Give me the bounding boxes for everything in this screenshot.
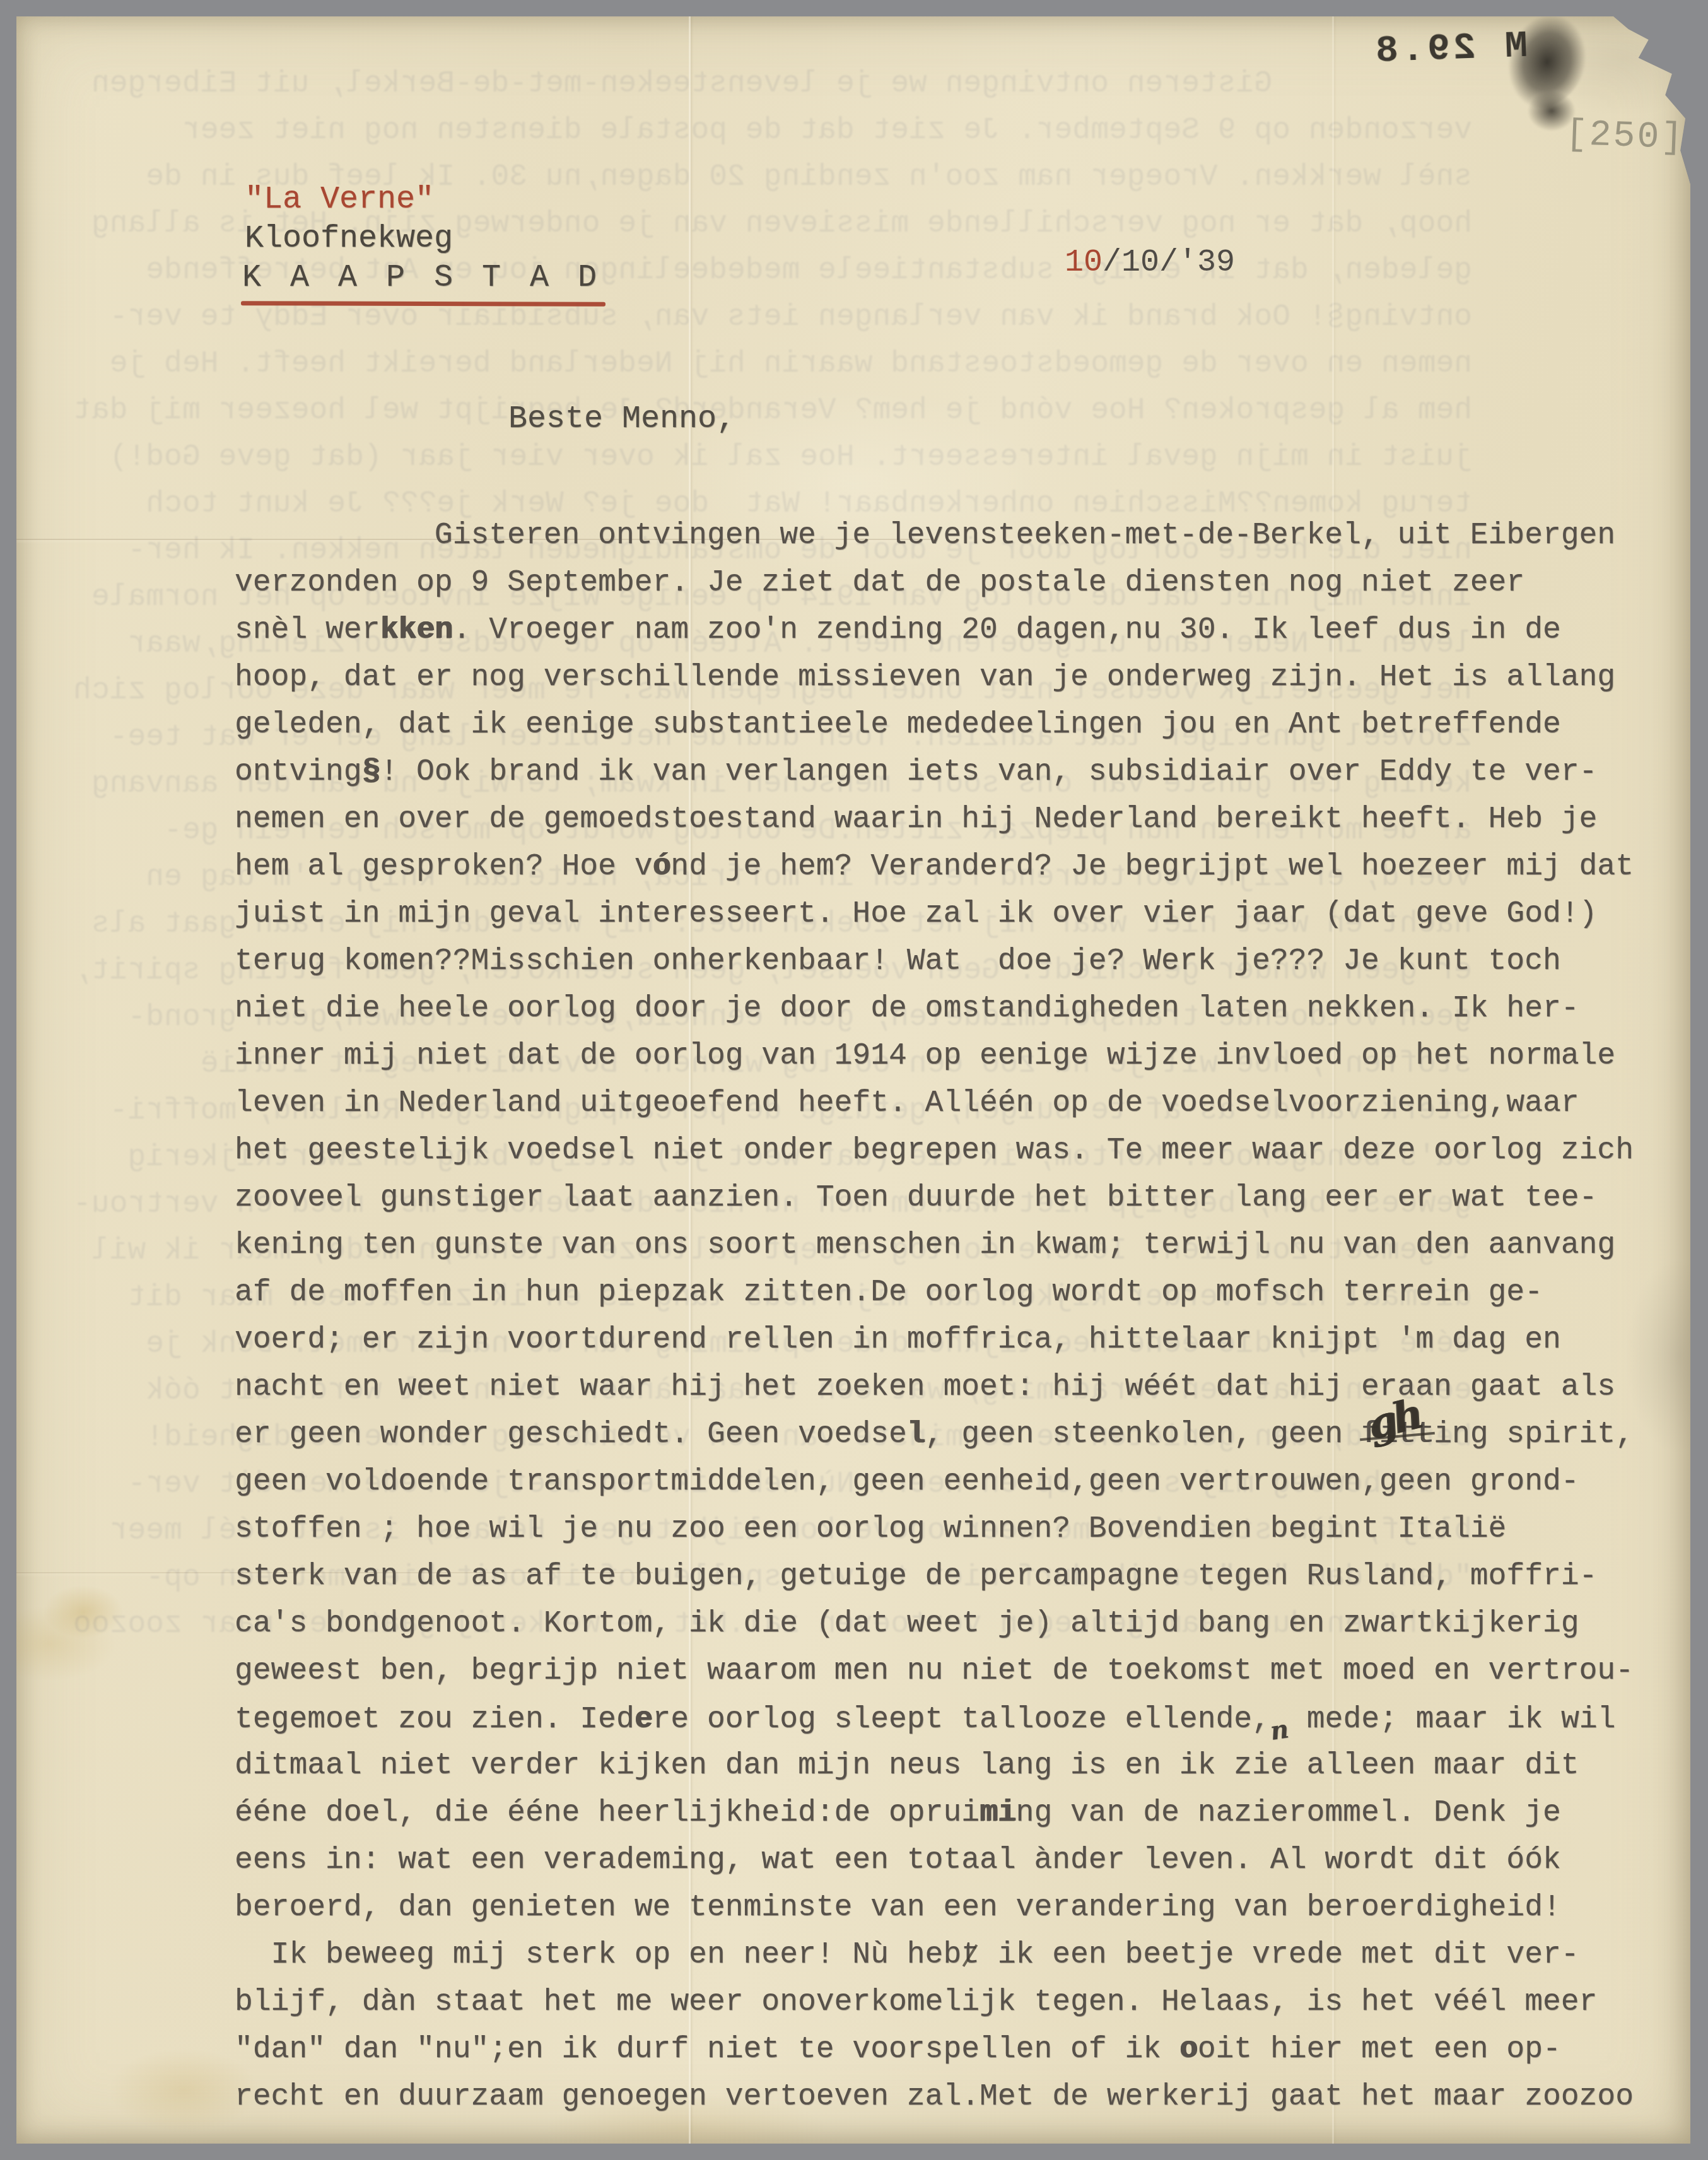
date-line: 10/10/'39 [1065, 245, 1235, 281]
body-text: ng van de nazierommel. Denk je [1016, 1796, 1561, 1830]
body-text: geleden, dat ik eenige substantieele med… [235, 708, 1561, 742]
body-text: ontving [235, 755, 362, 789]
body-text: nd je hem? Veranderd? Je begrijpt wel ho… [670, 850, 1634, 884]
body-text-ot: o [1179, 2033, 1198, 2067]
bleedthrough-text: hem al gesproken? Hoe vónd je hem? Veran… [16, 387, 1690, 434]
body-line: niet die heele oorlog door je door de om… [235, 985, 1679, 1033]
body-text: ing spirit, [1434, 1417, 1634, 1452]
body-line: beroerd, dan genieten we tenminste van e… [235, 1884, 1679, 1932]
bleedthrough-text: juist in mijn geval interesseert. Hoe za… [16, 434, 1690, 481]
salutation: Beste Menno, [508, 401, 735, 437]
body-text: ! Ook brand ik van verlangen iets van, s… [380, 755, 1597, 789]
body-text: ik een beetje vrede met dit ver- [980, 1938, 1579, 1972]
body-text: hem al gesproken? Hoe v [235, 850, 653, 884]
body-text: oit hier met een op- [1198, 2033, 1561, 2067]
body-text-strike: t [961, 1938, 980, 1972]
body-line: nemen en over de gemoedstoestand waarin … [235, 796, 1679, 843]
body-text: ditmaal niet verder kijken dan mijn neus… [235, 1749, 1579, 1783]
body-line: verzonden op 9 September. Je ziet dat de… [235, 560, 1679, 607]
body-text: beroerd, dan genieten we tenminste van e… [235, 1891, 1561, 1925]
body-text: stoffen ; hoe wil je nu zoo een oorlog w… [235, 1512, 1506, 1546]
body-text: kening ten gunste van ons soort menschen… [235, 1228, 1615, 1262]
body-text: ééne doel, die ééne heerlijkheid:de opru… [235, 1796, 980, 1830]
body-line: blijf, dàn staat het me weer onoverkomel… [235, 1979, 1679, 2026]
body-text: er geen wonder geschiedt. Geen voedse [235, 1417, 907, 1452]
body-text: snèl wer [235, 613, 380, 647]
body-text: voerd; er zijn voortdurend rellen in mof… [235, 1323, 1561, 1357]
body-text: zooveel gunstiger laat aanzien. Toen duu… [235, 1181, 1597, 1215]
body-text-ot: l [907, 1417, 925, 1452]
body-text-scr: fitt [1361, 1417, 1434, 1452]
body-text: af de moffen in hun piepzak zitten.De oo… [235, 1276, 1543, 1310]
body-text: nemen en over de gemoedstoestand waarin … [235, 802, 1597, 836]
body-line: geleden, dat ik eenige substantieele med… [235, 701, 1679, 749]
body-text: . Vroeger nam zoo'n zending 20 dagen,nu … [453, 613, 1561, 647]
body-line: eens in: wat een verademing, wat een tot… [235, 1837, 1679, 1884]
body-text: juist in mijn geval interesseert. Hoe za… [235, 897, 1597, 931]
body-line: sterk van de as af te buigen, getuige de… [235, 1553, 1679, 1600]
body-text: mede; maar ik wil [1289, 1703, 1615, 1737]
date-red-part: 10 [1065, 245, 1103, 281]
body-line: ééne doel, die ééne heerlijkheid:de opru… [235, 1790, 1679, 1837]
body-text: niet die heele oorlog door je door de om… [235, 992, 1579, 1026]
body-line: "dan" dan "nu";en ik durf niet te voorsp… [235, 2026, 1679, 2074]
body-line: af de moffen in hun piepzak zitten.De oo… [235, 1269, 1679, 1317]
body-line: tegemoet zou zien. Iedere oorlog sleept … [235, 1695, 1679, 1742]
body-text: sterk van de as af te buigen, getuige de… [235, 1559, 1597, 1594]
body-text: blijf, dàn staat het me weer onoverkomel… [235, 1985, 1597, 2019]
body-line: leven in Nederland uitgeoefend heeft. Al… [235, 1080, 1679, 1127]
body-line: juist in mijn geval interesseert. Hoe za… [235, 891, 1679, 938]
body-line: ditmaal niet verder kijken dan mijn neus… [235, 1742, 1679, 1790]
letterhead-red-underline [241, 301, 605, 307]
body-line: het geestelijk voedsel niet onder begrep… [235, 1127, 1679, 1175]
body-line: ontving§! Ook brand ik van verlangen iet… [235, 749, 1679, 796]
body-text-ot: kken [380, 613, 452, 647]
body-text: , geen steenkolen, geen [925, 1417, 1361, 1452]
bleedthrough-text: nemen en over de gemoedstoestand waarin … [16, 341, 1690, 387]
scanned-letter-screenshot: { "colors":{ "background":"#8a8b8e", "pa… [0, 0, 1708, 2160]
letterhead-house-name: "La Verne" [245, 182, 434, 218]
body-line: kening ten gunste van ons soort menschen… [235, 1222, 1679, 1269]
body-text-ot: mi [980, 1796, 1016, 1830]
letter-body: Gisteren ontvingen we je levensteeken-me… [235, 512, 1679, 2121]
body-line: geweest ben, begrijp niet waarom men nu … [235, 1648, 1679, 1695]
body-line: snèl werkken. Vroeger nam zoo'n zending … [235, 607, 1679, 654]
bleedthrough-text: verzonden op 9 September. Je ziet dat de… [16, 107, 1690, 154]
body-line: nacht en weet niet waar hij het zoeken m… [235, 1364, 1679, 1411]
body-text: eens in: wat een verademing, wat een tot… [235, 1843, 1561, 1877]
archive-number-pencil: [250] [1565, 114, 1685, 160]
body-text: tegemoet zou zien. Ied [235, 1703, 635, 1737]
body-text: "dan" dan "nu";en ik durf niet te voorsp… [235, 2033, 1179, 2067]
body-line: er geen wonder geschiedt. Geen voedsel, … [235, 1411, 1679, 1459]
body-text-ot: e [635, 1703, 653, 1737]
body-text: hoop, dat er nog verschillende missieven… [235, 660, 1615, 695]
body-line: Gisteren ontvingen we je levensteeken-me… [235, 512, 1679, 560]
letterhead-city: K A A P S T A D [242, 260, 602, 296]
body-text: re oorlog sleept tallooze ellende, [653, 1703, 1270, 1737]
ink-stamp: M 29.8 [1372, 25, 1528, 74]
body-text-ot: § [362, 755, 380, 789]
body-line: hoop, dat er nog verschillende missieven… [235, 654, 1679, 701]
body-text-ot: ó [653, 850, 671, 884]
body-line: voerd; er zijn voortdurend rellen in mof… [235, 1317, 1679, 1364]
body-text: Gisteren ontvingen we je levensteeken-me… [235, 519, 1615, 553]
body-line: geen voldoende transportmiddelen, geen e… [235, 1459, 1679, 1506]
letterhead-street: Kloofnekweg [245, 221, 453, 257]
body-line: terug komen??Misschien onherkenbaar! Wat… [235, 938, 1679, 985]
body-text: inner mij niet dat de oorlog van 1914 op… [235, 1039, 1615, 1073]
body-line: inner mij niet dat de oorlog van 1914 op… [235, 1033, 1679, 1080]
body-line: stoffen ; hoe wil je nu zoo een oorlog w… [235, 1506, 1679, 1553]
body-line: recht en duurzaam genoegen vertoeven zal… [235, 2074, 1679, 2121]
body-text: ca's bondgenoot. Kortom, ik die (dat wee… [235, 1607, 1579, 1641]
body-line: Ik beweeg mij sterk op en neer! Nù hebt … [235, 1932, 1679, 1979]
body-line: hem al gesproken? Hoe vónd je hem? Veran… [235, 843, 1679, 891]
letter-page: Gisteren ontvingen we je levensteeken-me… [16, 16, 1690, 2144]
body-text: Ik beweeg mij sterk op en neer! Nù heb [235, 1938, 961, 1972]
body-text: terug komen??Misschien onherkenbaar! Wat… [235, 944, 1561, 978]
body-text: het geestelijk voedsel niet onder begrep… [235, 1134, 1634, 1168]
body-line: zooveel gunstiger laat aanzien. Toen duu… [235, 1175, 1679, 1222]
body-text: recht en duurzaam genoegen vertoeven zal… [235, 2080, 1634, 2114]
date-dark-part: /10/'39 [1103, 245, 1235, 281]
body-line: ca's bondgenoot. Kortom, ik die (dat wee… [235, 1600, 1679, 1648]
body-text: geen voldoende transportmiddelen, geen e… [235, 1465, 1579, 1499]
body-text: geweest ben, begrijp niet waarom men nu … [235, 1654, 1634, 1688]
body-text: verzonden op 9 September. Je ziet dat de… [235, 566, 1524, 600]
body-text: leven in Nederland uitgeoefend heeft. Al… [235, 1086, 1579, 1120]
